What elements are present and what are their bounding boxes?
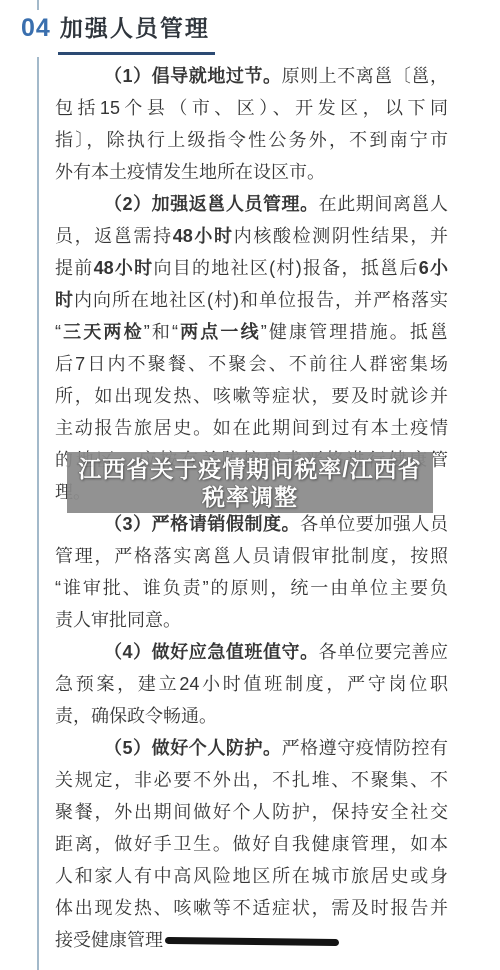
text-run: 提前: [55, 258, 94, 278]
text-line: 聚餐，外出期间做好个人防护，保持安全社交: [55, 796, 448, 828]
text-line: 责人审批同意。: [55, 604, 448, 636]
text-run: 主动报告旅居史。如在此期间到过有本土疫情: [55, 418, 448, 438]
subtitle-overlay: 江西省关于疫情期间税率/江西省税率调整: [67, 452, 433, 513]
text-line: 后7日内不聚餐、不聚会、不前往人群密集场: [55, 348, 448, 380]
text-run: 责，确保政令畅通。: [55, 706, 217, 726]
text-run: 向目的地社区(村)报备，抵邕后: [153, 258, 418, 278]
bold-text-run: 48小时: [173, 226, 234, 246]
text-run: 距离，做好手卫生。做好自我健康管理，如本: [55, 834, 448, 854]
section-number: 04: [21, 14, 51, 43]
bold-text-run: （5）做好个人防护。: [104, 738, 282, 758]
bold-text-run: 两点一线: [178, 322, 261, 342]
bold-text-run: （2）加强返邕人员管理。: [104, 194, 319, 214]
text-run: 各单位要完善应: [319, 642, 448, 662]
text-run: ”和“: [144, 322, 178, 342]
text-line: 提前48小时向目的地社区(村)报备，抵邕后6小: [55, 252, 448, 284]
left-margin-rule-top: [37, 0, 39, 10]
paragraph: （5）做好个人防护。严格遵守疫情防控有关规定，非必要不外出，不扎堆、不聚集、不聚…: [55, 732, 448, 956]
text-run: 指〕，除执行上级指令性公务外，不到南宁市: [55, 130, 448, 150]
text-run: 各单位要加强人员: [300, 514, 448, 534]
text-line: 人和家人有中高风险地区所在城市旅居史或身: [55, 860, 448, 892]
text-run: 外有本土疫情发生地所在设区市。: [55, 162, 325, 182]
text-line: 责，确保政令畅通。: [55, 700, 448, 732]
text-run: 员，返邕需持: [55, 226, 173, 246]
text-run: 包括15个县（市、区）、开发区，以下同: [55, 98, 448, 118]
text-run: 责人审批同意。: [55, 610, 181, 630]
text-run: 所，如出现发热、咳嗽等症状，要及时就诊并: [55, 386, 448, 406]
paragraph: （1）倡导就地过节。原则上不离邕〔邕，包括15个县（市、区）、开发区，以下同指〕…: [55, 60, 448, 188]
text-run: 后7日内不聚餐、不聚会、不前往人群密集场: [55, 354, 448, 374]
text-run: 聚餐，外出期间做好个人防护，保持安全社交: [55, 802, 448, 822]
text-line: “谁审批、谁负责”的原则，统一由单位主要负: [55, 572, 448, 604]
text-line: 管理，严格落实离邕人员请假审批制度，按照: [55, 540, 448, 572]
text-run: 内向所在地社区(村)和单位报告，并严格落实: [74, 290, 448, 310]
bold-text-run: 48小时: [94, 258, 154, 278]
ink-strike-bar: [165, 937, 339, 946]
text-run: 急预案，建立24小时值班制度，严守岗位职: [55, 674, 448, 694]
text-line: 距离，做好手卫生。做好自我健康管理，如本: [55, 828, 448, 860]
text-line: 体出现发热、咳嗽等不适症状，需及时报告并: [55, 892, 448, 924]
bold-text-run: （1）倡导就地过节。: [104, 66, 282, 86]
text-line: 急预案，建立24小时值班制度，严守岗位职: [55, 668, 448, 700]
bold-text-run: 时: [55, 290, 74, 310]
text-line: （4）做好应急值班值守。各单位要完善应: [55, 636, 448, 668]
text-run: ”健康管理措施。抵邕: [261, 322, 448, 342]
text-run: 原则上不离邕〔邕，: [282, 66, 448, 86]
bold-text-run: （4）做好应急值班值守。: [104, 642, 319, 662]
text-run: 关规定，非必要不外出，不扎堆、不聚集、不: [55, 770, 448, 790]
section-title: 加强人员管理: [58, 10, 215, 55]
subtitle-text: 江西省关于疫情期间税率/江西省税率调整: [73, 455, 427, 511]
text-line: 关规定，非必要不外出，不扎堆、不聚集、不: [55, 764, 448, 796]
text-line: 所，如出现发热、咳嗽等症状，要及时就诊并: [55, 380, 448, 412]
text-run: 严格遵守疫情防控有: [282, 738, 448, 758]
section-header: 04 加强人员管理: [21, 10, 215, 55]
paragraph: （3）严格请销假制度。各单位要加强人员管理，严格落实离邕人员请假审批制度，按照“…: [55, 508, 448, 636]
bold-text-run: （3）严格请销假制度。: [104, 514, 300, 534]
text-run: 管理，严格落实离邕人员请假审批制度，按照: [55, 546, 448, 566]
text-line: 时内向所在地社区(村)和单位报告，并严格落实: [55, 284, 448, 316]
text-line: “三天两检”和“两点一线”健康管理措施。抵邕: [55, 316, 448, 348]
text-run: 在此期间离邕人: [319, 194, 448, 214]
left-margin-rule: [37, 57, 39, 970]
bold-text-run: 6小: [419, 258, 448, 278]
text-line: 主动报告旅居史。如在此期间到过有本土疫情: [55, 412, 448, 444]
text-line: （1）倡导就地过节。原则上不离邕〔邕，: [55, 60, 448, 92]
text-line: 接受健康管理: [55, 924, 448, 956]
text-line: 外有本土疫情发生地所在设区市。: [55, 156, 448, 188]
text-line: （5）做好个人防护。严格遵守疫情防控有: [55, 732, 448, 764]
text-run: 体出现发热、咳嗽等不适症状，需及时报告并: [55, 898, 448, 918]
text-line: （2）加强返邕人员管理。在此期间离邕人: [55, 188, 448, 220]
document-page: 04 加强人员管理 （1）倡导就地过节。原则上不离邕〔邕，包括15个县（市、区）…: [0, 0, 500, 970]
paragraph: （4）做好应急值班值守。各单位要完善应急预案，建立24小时值班制度，严守岗位职责…: [55, 636, 448, 732]
text-run: 内核酸检测阴性结果，并: [234, 226, 448, 246]
text-run: 接受健康管理: [55, 930, 163, 950]
text-run: 人和家人有中高风险地区所在城市旅居史或身: [55, 866, 448, 886]
text-line: 包括15个县（市、区）、开发区，以下同: [55, 92, 448, 124]
text-line: 指〕，除执行上级指令性公务外，不到南宁市: [55, 124, 448, 156]
bold-text-run: 三天两检: [61, 322, 144, 342]
text-line: 员，返邕需持48小时内核酸检测阴性结果，并: [55, 220, 448, 252]
text-run: “谁审批、谁负责”的原则，统一由单位主要负: [55, 578, 448, 598]
